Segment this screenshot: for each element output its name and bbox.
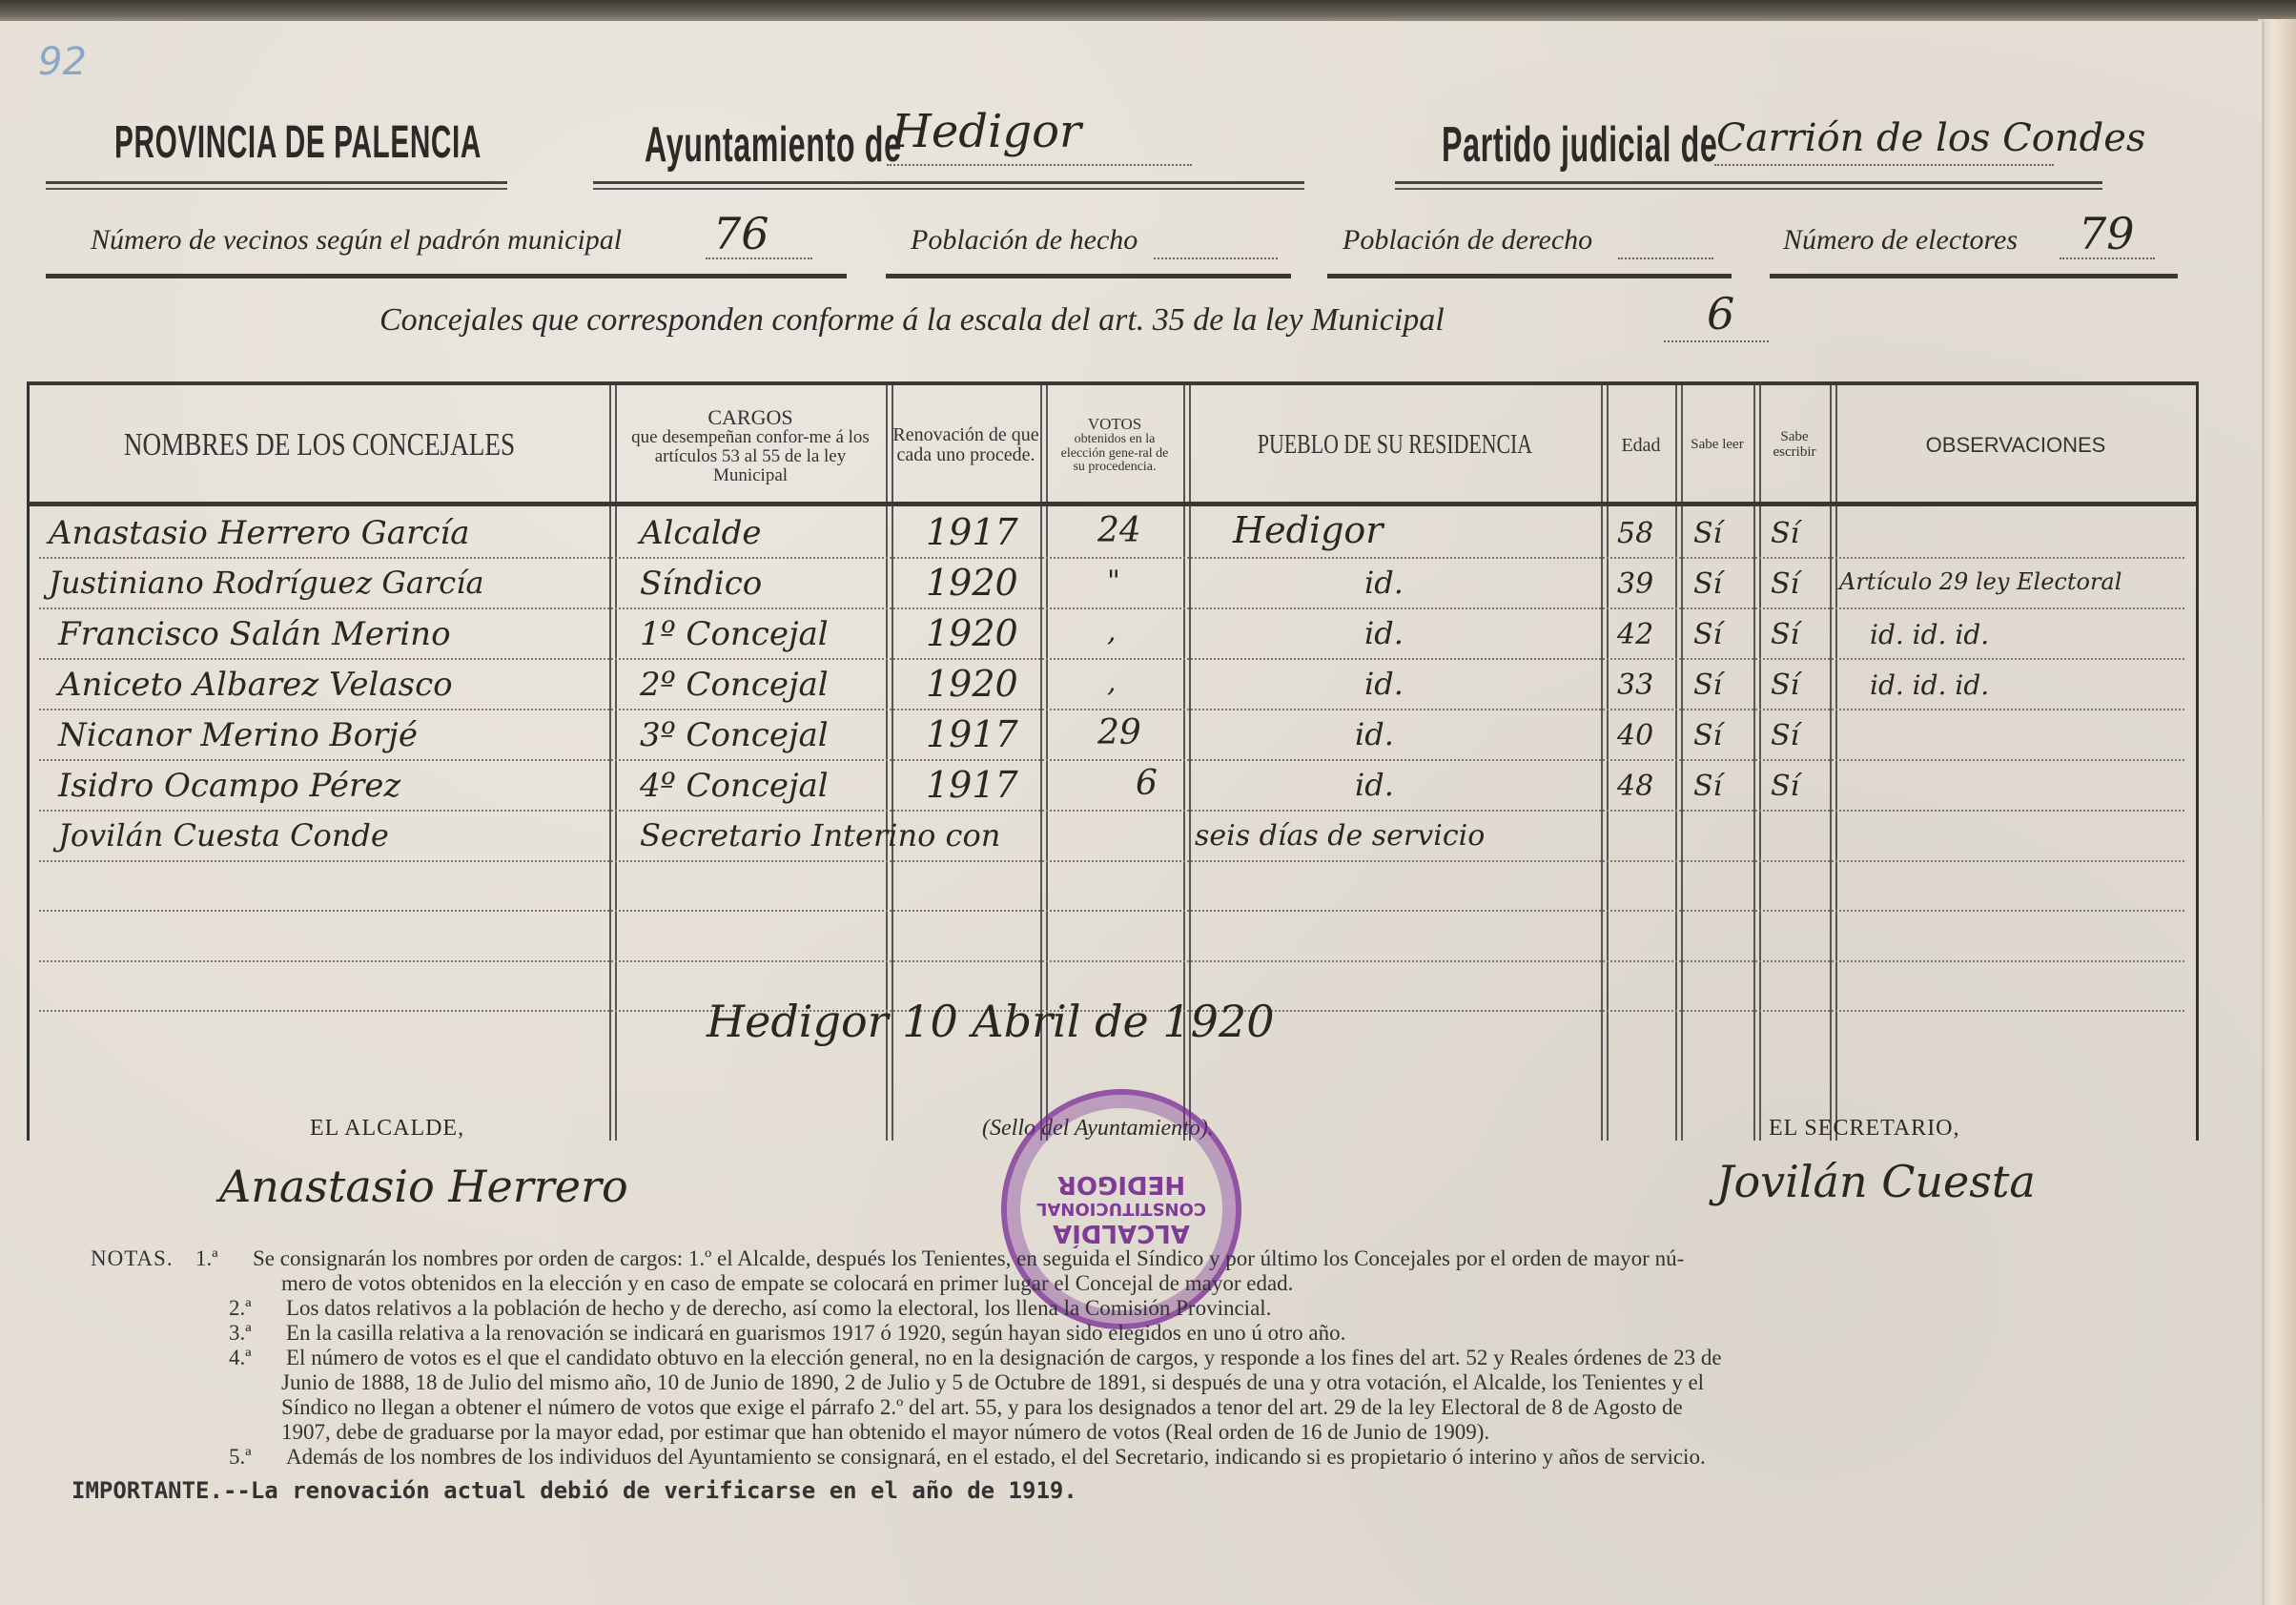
row-6-votos: 6 bbox=[1136, 764, 1158, 803]
row-2-pueblo: id. bbox=[1364, 565, 1404, 601]
row-6-escribir: Sí bbox=[1771, 770, 1799, 803]
row-line bbox=[39, 709, 2184, 710]
note-5-num: 5.ª bbox=[229, 1445, 286, 1470]
row-line bbox=[39, 658, 2184, 660]
row-2-nombre: Justiniano Rodríguez García bbox=[49, 565, 484, 601]
row-2-renovacion: 1920 bbox=[926, 562, 1018, 604]
row-6-edad: 48 bbox=[1617, 770, 1653, 803]
header-rule-1 bbox=[46, 181, 507, 190]
note-2-num: 2.ª bbox=[229, 1296, 286, 1321]
stamp-text-2: CONSTITUCIONAL bbox=[1036, 1200, 1206, 1220]
row-2-leer: Sí bbox=[1693, 567, 1722, 601]
notes-title: NOTAS. bbox=[91, 1246, 195, 1271]
ayuntamiento-dots bbox=[887, 164, 1192, 166]
row-line bbox=[39, 607, 2184, 609]
concejales-dots bbox=[1664, 340, 1769, 342]
row-6-renovacion: 1917 bbox=[926, 764, 1018, 806]
partido-dots bbox=[1714, 164, 2054, 166]
header-sabe-leer: Sabe leer bbox=[1681, 391, 1753, 500]
row-3-edad: 42 bbox=[1617, 618, 1653, 651]
row-line bbox=[39, 910, 2184, 912]
stamp-text-3: HEDIGOR bbox=[1057, 1171, 1185, 1200]
row-2-votos: " bbox=[1107, 565, 1120, 598]
row-6-cargo: 4º Concejal bbox=[640, 767, 829, 805]
row-4-cargo: 2º Concejal bbox=[640, 666, 829, 704]
row-1-votos: 24 bbox=[1097, 511, 1141, 550]
header-cargos-title: CARGOS bbox=[707, 406, 792, 428]
note-3-text: En la casilla relativa a la renovación s… bbox=[286, 1321, 1345, 1345]
row-5-cargo: 3º Concejal bbox=[640, 716, 829, 754]
header-cargos: CARGOS que desempeñan confor-me á los ar… bbox=[615, 391, 886, 500]
row-2-edad: 39 bbox=[1617, 567, 1653, 601]
poblacion-hecho-label: Población de hecho bbox=[911, 224, 1138, 257]
row-line bbox=[39, 860, 2184, 862]
row-line bbox=[39, 960, 2184, 962]
stats-rule-2 bbox=[886, 274, 1291, 278]
row-3-renovacion: 1920 bbox=[926, 612, 1018, 654]
note-4-cont-2: Síndico no llegan a obtener el número de… bbox=[91, 1395, 2188, 1420]
row-1-renovacion: 1917 bbox=[926, 511, 1018, 553]
row-3-pueblo: id. bbox=[1364, 615, 1404, 651]
row-6-pueblo: id. bbox=[1355, 767, 1394, 803]
row-5-nombre: Nicanor Merino Borjé bbox=[58, 716, 418, 754]
note-3-num: 3.ª bbox=[229, 1321, 286, 1346]
header-rule-2 bbox=[593, 181, 1304, 190]
row-5-escribir: Sí bbox=[1771, 719, 1799, 752]
vecinos-value: 76 bbox=[713, 208, 769, 259]
row-6-nombre: Isidro Ocampo Pérez bbox=[58, 767, 400, 805]
header-edad: Edad bbox=[1607, 391, 1675, 500]
secretario-signature: Jovilán Cuesta bbox=[1716, 1156, 2036, 1207]
stats-rule-3 bbox=[1327, 274, 1732, 278]
row-3-votos: , bbox=[1107, 615, 1117, 648]
row-1-leer: Sí bbox=[1693, 517, 1722, 550]
row-1-pueblo: Hedigor bbox=[1233, 509, 1383, 551]
notes-section: NOTAS.1.ªSe consignarán los nombres por … bbox=[91, 1246, 2188, 1470]
document-page: 92 PROVINCIA DE PALENCIA Ayuntamiento de… bbox=[0, 21, 2265, 1605]
row-1-nombre: Anastasio Herrero García bbox=[49, 514, 470, 552]
row-1-edad: 58 bbox=[1617, 517, 1653, 550]
row-4-renovacion: 1920 bbox=[926, 663, 1018, 705]
row-6-leer: Sí bbox=[1693, 770, 1722, 803]
row-3-escribir: Sí bbox=[1771, 618, 1799, 651]
concejales-label: Concejales que corresponden conforme á l… bbox=[379, 302, 1445, 339]
row-7-pueblo: seis días de servicio bbox=[1195, 819, 1485, 853]
row-3-cargo: 1º Concejal bbox=[640, 615, 829, 653]
electores-value: 79 bbox=[2079, 208, 2135, 259]
header-renovacion: Renovación de que cada uno procede. bbox=[892, 391, 1040, 500]
header-bottom-rule bbox=[30, 502, 2196, 506]
poblacion-derecho-dots bbox=[1618, 257, 1713, 259]
pencil-page-number: 92 bbox=[38, 40, 87, 84]
row-line bbox=[39, 810, 2184, 812]
row-2-cargo: Síndico bbox=[640, 565, 762, 603]
stats-rule-4 bbox=[1770, 274, 2178, 278]
header-votos-title: VOTOS bbox=[1088, 416, 1141, 433]
row-5-leer: Sí bbox=[1693, 719, 1722, 752]
provincia-title: PROVINCIA DE PALENCIA bbox=[114, 116, 482, 169]
note-4-cont-1: Junio de 1888, 18 de Julio del mismo año… bbox=[91, 1370, 2188, 1395]
row-4-observaciones: id. id. id. bbox=[1870, 669, 1989, 701]
concejales-value: 6 bbox=[1707, 288, 1734, 340]
row-2-escribir: Sí bbox=[1771, 567, 1799, 601]
row-3-observaciones: id. id. id. bbox=[1870, 619, 1989, 650]
secretario-label: EL SECRETARIO, bbox=[1769, 1116, 1960, 1142]
row-line bbox=[39, 759, 2184, 761]
row-5-edad: 40 bbox=[1617, 719, 1653, 752]
poblacion-hecho-dots bbox=[1154, 257, 1278, 259]
ayuntamiento-label: Ayuntamiento de bbox=[645, 116, 902, 174]
row-5-renovacion: 1917 bbox=[926, 713, 1018, 755]
header-observaciones: OBSERVACIONES bbox=[1835, 391, 2196, 500]
row-3-nombre: Francisco Salán Merino bbox=[58, 615, 451, 653]
row-1-escribir: Sí bbox=[1771, 517, 1799, 550]
vecinos-label: Número de vecinos según el padrón munici… bbox=[91, 224, 622, 257]
date-place-line: Hedigor 10 Abril de 1920 bbox=[707, 996, 1274, 1047]
row-4-leer: Sí bbox=[1693, 669, 1722, 702]
row-4-votos: , bbox=[1107, 666, 1117, 699]
alcalde-signature: Anastasio Herrero bbox=[219, 1161, 628, 1212]
row-7-nombre: Jovilán Cuesta Conde bbox=[58, 817, 389, 854]
row-3-leer: Sí bbox=[1693, 618, 1722, 651]
note-4-num: 4.ª bbox=[229, 1346, 286, 1370]
partido-value: Carrión de los Condes bbox=[1716, 116, 2145, 160]
stats-rule-1 bbox=[46, 274, 847, 278]
header-rule-3 bbox=[1395, 181, 2102, 190]
row-5-pueblo: id. bbox=[1355, 716, 1394, 752]
header-nombres: NOMBRES DE LOS CONCEJALES bbox=[88, 391, 551, 500]
note-1-text: Se consignarán los nombres por orden de … bbox=[253, 1246, 1684, 1270]
partido-label: Partido judicial de bbox=[1442, 116, 1717, 174]
header-votos-sub: obtenidos en la elección gene-ral de su … bbox=[1054, 433, 1176, 475]
row-4-pueblo: id. bbox=[1364, 666, 1404, 702]
row-4-edad: 33 bbox=[1617, 669, 1653, 702]
row-4-escribir: Sí bbox=[1771, 669, 1799, 702]
stamp-text-1: ALCALDÍA bbox=[1053, 1220, 1190, 1248]
note-2-text: Los datos relativos a la población de he… bbox=[286, 1296, 1271, 1320]
header-pueblo: PUEBLO DE SU RESIDENCIA bbox=[1235, 391, 1556, 500]
alcalde-label: EL ALCALDE, bbox=[310, 1116, 464, 1142]
header-cargos-sub: que desempeñan confor-me á los artículos… bbox=[622, 428, 879, 485]
header-votos: VOTOS obtenidos en la elección gene-ral … bbox=[1046, 391, 1183, 500]
row-line bbox=[39, 557, 2184, 559]
concejales-table: NOMBRES DE LOS CONCEJALES CARGOS que des… bbox=[27, 381, 2199, 1141]
row-1-cargo: Alcalde bbox=[640, 514, 762, 552]
note-1-cont: mero de votos obtenidos en la elección y… bbox=[91, 1271, 2188, 1296]
note-4-cont-3: 1907, debe de graduarse por la mayor eda… bbox=[91, 1420, 2188, 1445]
important-notice: IMPORTANTE.--La renovación actual debió … bbox=[72, 1477, 1077, 1504]
note-4-text: El número de votos es el que el candidat… bbox=[286, 1346, 1722, 1369]
note-5-text: Además de los nombres de los individuos … bbox=[286, 1445, 1706, 1469]
row-7-cargo: Secretario Interino con bbox=[640, 817, 1000, 854]
row-2-observaciones: Artículo 29 ley Electoral bbox=[1839, 568, 2122, 595]
header-sabe-escribir: Sabe escribir bbox=[1759, 391, 1830, 500]
row-4-nombre: Aniceto Albarez Velasco bbox=[58, 666, 453, 704]
ayuntamiento-value: Hedigor bbox=[892, 105, 1081, 158]
note-1-num: 1.ª bbox=[195, 1246, 253, 1271]
poblacion-derecho-label: Población de derecho bbox=[1343, 224, 1592, 257]
electores-label: Número de electores bbox=[1783, 224, 2018, 257]
row-5-votos: 29 bbox=[1097, 713, 1141, 752]
